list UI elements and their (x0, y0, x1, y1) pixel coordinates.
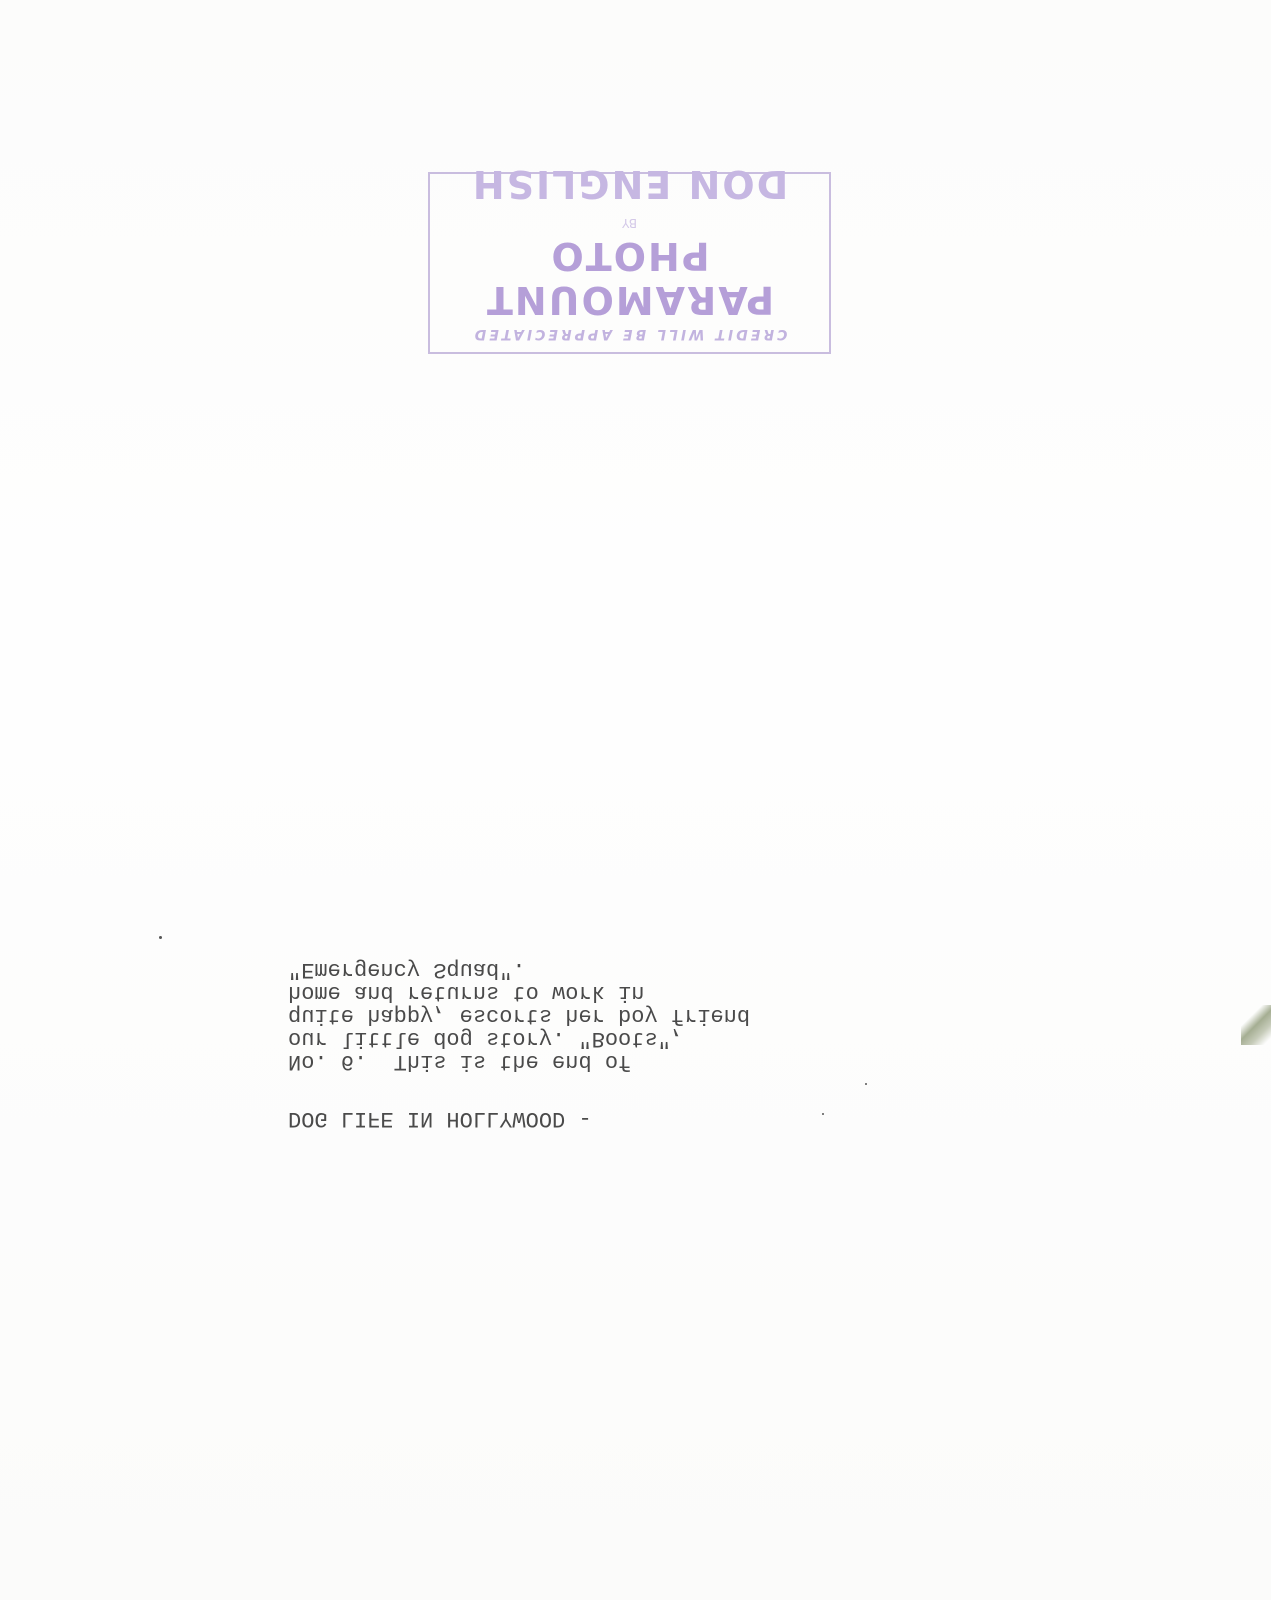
caption-line: our little dog story. "Boots", (288, 1027, 888, 1050)
caption-line: quite happy, escorts her boy friend (288, 1004, 888, 1027)
caption-line: No. 6. This is the end of (288, 1050, 888, 1073)
typed-caption: DOG LIFE IN HOLLYWOOD - No. 6. This is t… (288, 958, 888, 1130)
stamp-by: BY (430, 216, 829, 230)
ink-speck (865, 1083, 867, 1085)
caption-line: "Emergency Squad". (288, 958, 888, 981)
ink-speck (822, 1113, 824, 1115)
photographer-credit-stamp: CREDIT WILL BE APPRECIATED PARAMOUNT PHO… (428, 172, 831, 354)
edge-stain (1241, 1005, 1271, 1045)
caption-line: home and returns to work in (288, 981, 888, 1004)
stamp-photographer: DON ENGLISH (430, 162, 829, 206)
caption-heading: DOG LIFE IN HOLLYWOOD - (288, 1107, 888, 1130)
stamp-studio: PARAMOUNT PHOTO (430, 234, 829, 322)
ink-speck (159, 936, 162, 939)
photo-verso: CREDIT WILL BE APPRECIATED PARAMOUNT PHO… (0, 0, 1271, 1600)
stamp-credit-line: CREDIT WILL BE APPRECIATED (430, 326, 829, 342)
